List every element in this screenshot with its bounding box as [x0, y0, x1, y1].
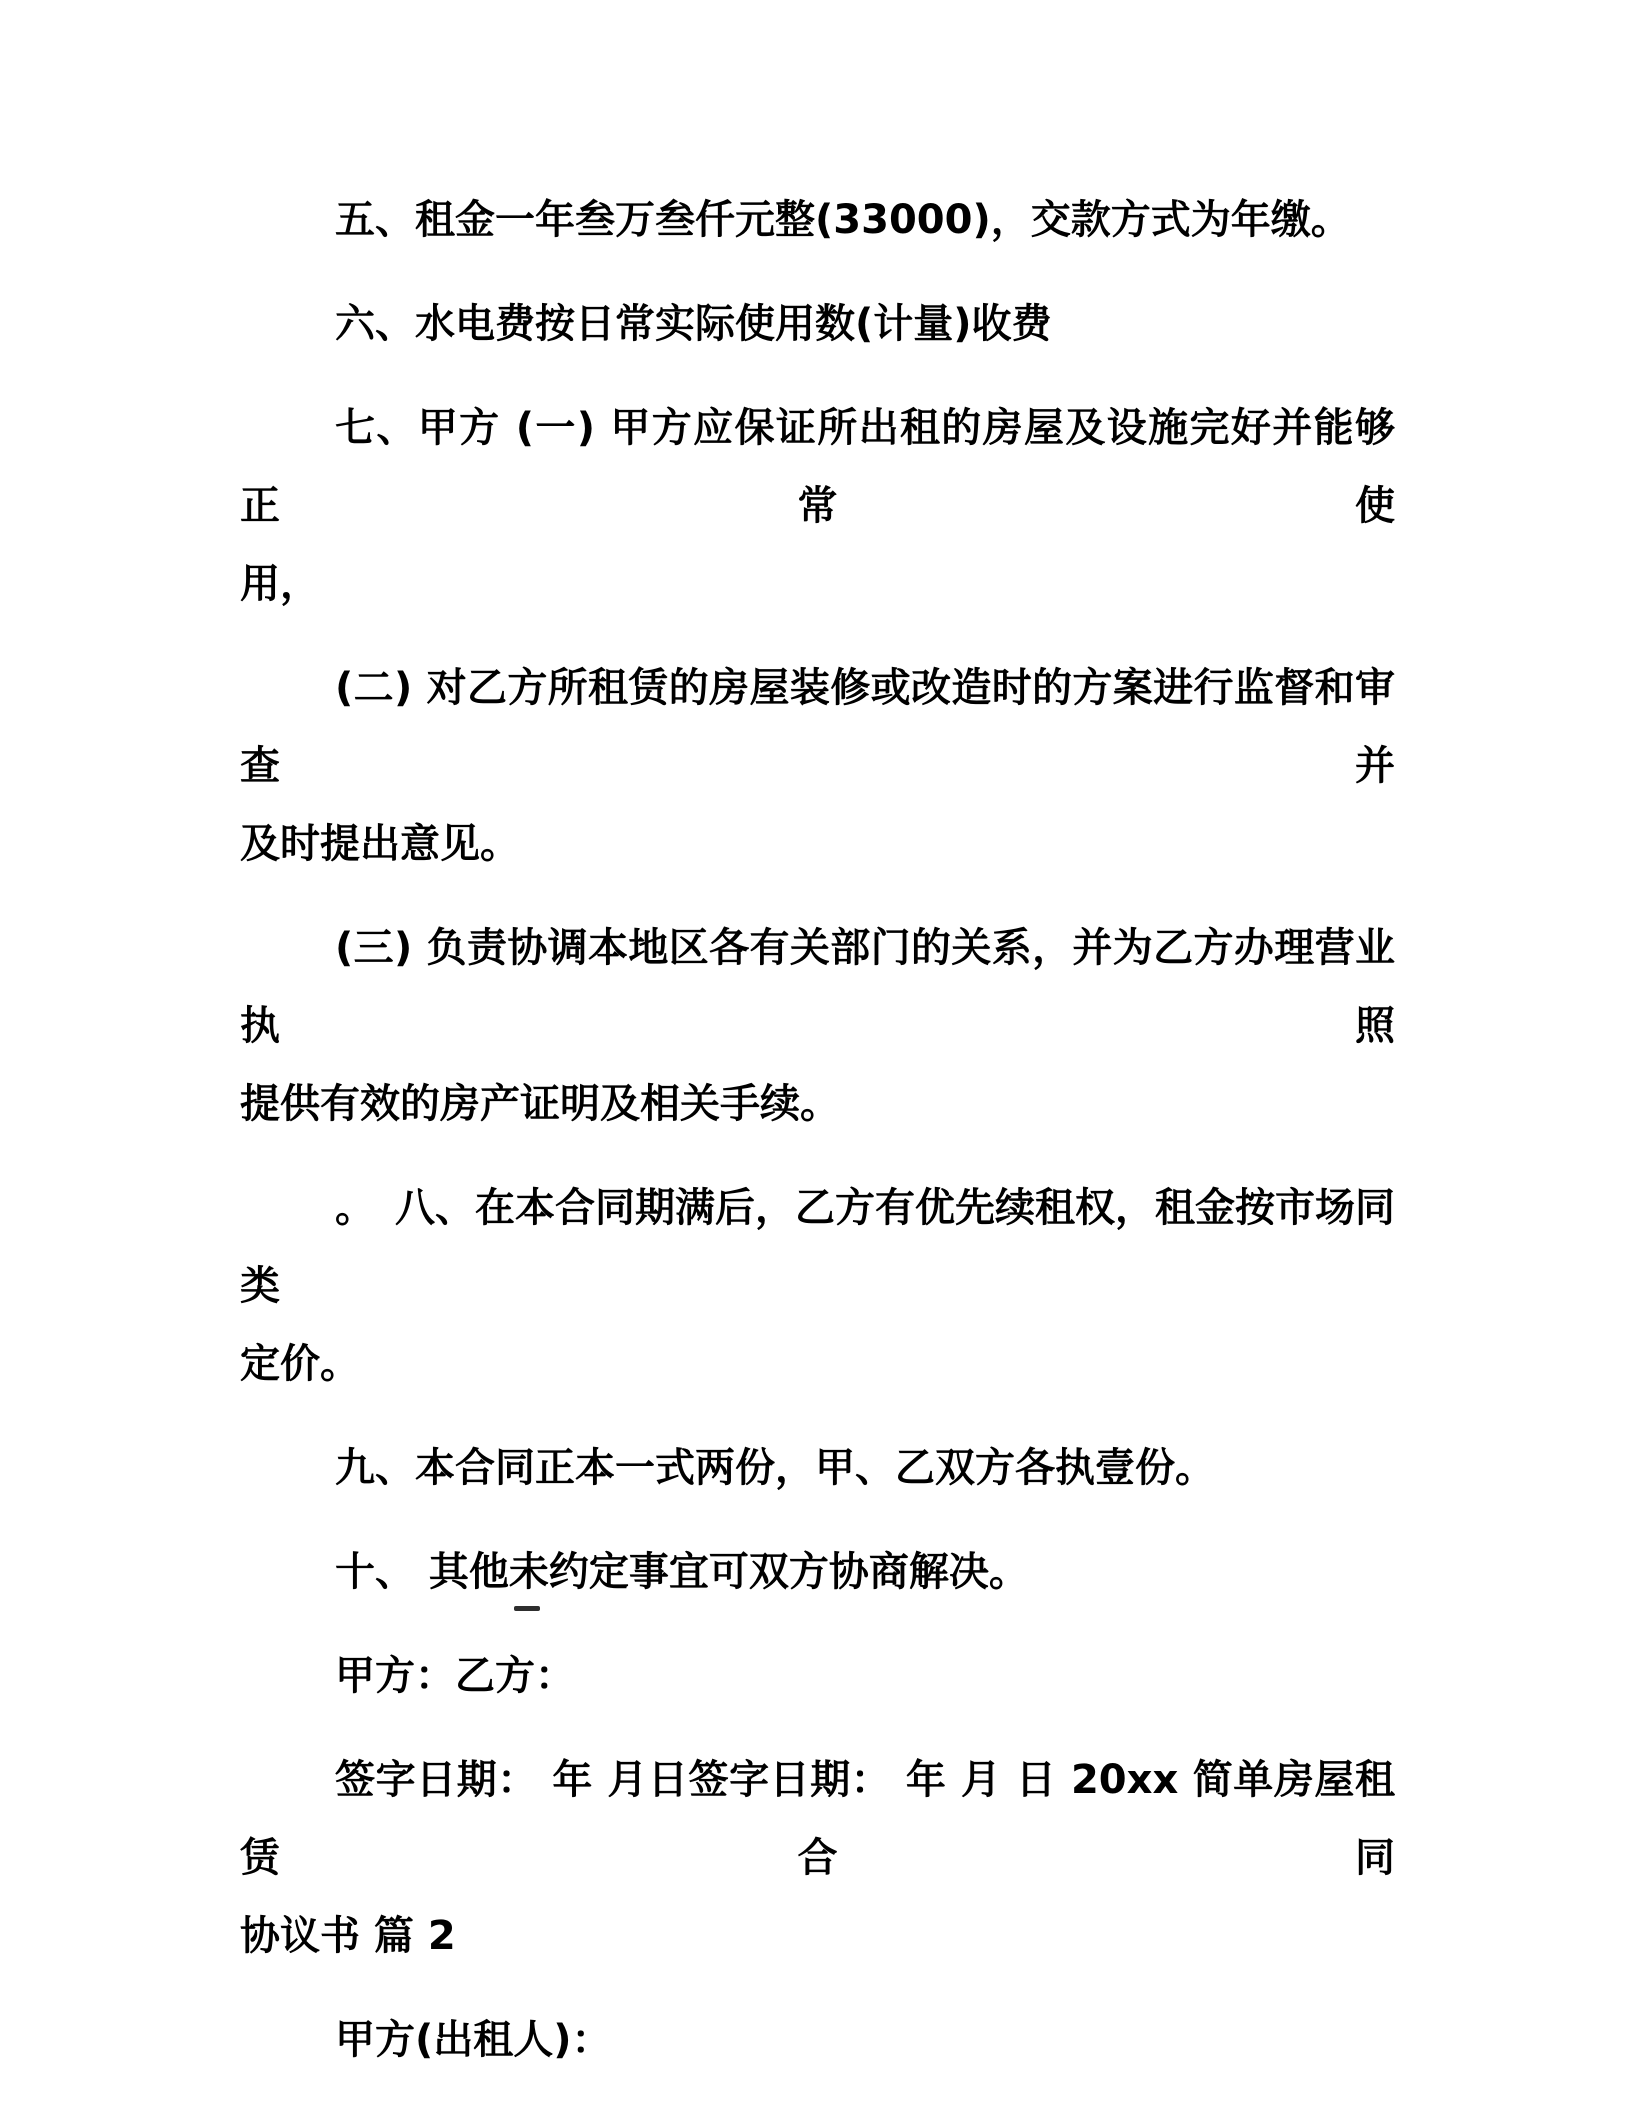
text-line: 六、水电费按日常实际使用数(计量)收费 [240, 285, 1395, 363]
text-line: 甲方(出租人)： [240, 2001, 1395, 2079]
text-line: 七、甲方 (一) 甲方应保证所出租的房屋及设施完好并能够正常使 [240, 389, 1395, 545]
text-line: 甲方：乙方： [240, 1637, 1395, 1715]
paragraph: 九、本合同正本一式两份，甲、乙双方各执壹份。 [240, 1429, 1395, 1507]
text-line: 十、 其他未约定事宜可双方协商解决。 [240, 1533, 1395, 1611]
paragraph: 签字日期： 年 月日签字日期： 年 月 日 20xx 简单房屋租赁合同协议书 篇… [240, 1741, 1395, 1975]
paragraph: 十、 其他未约定事宜可双方协商解决。 [240, 1533, 1395, 1611]
text-line: 九、本合同正本一式两份，甲、乙双方各执壹份。 [240, 1429, 1395, 1507]
paragraph: 。 八、在本合同期满后，乙方有优先续租权，租金按市场同类定价。 [240, 1169, 1395, 1403]
paragraph: 五、租金一年叁万叁仟元整(33000)，交款方式为年缴。 [240, 181, 1395, 259]
text-line: 协议书 篇 2 [240, 1897, 1395, 1975]
text-line: (二) 对乙方所租赁的房屋装修或改造时的方案进行监督和审查并 [240, 649, 1395, 805]
paragraph: (二) 对乙方所租赁的房屋装修或改造时的方案进行监督和审查并及时提出意见。 [240, 649, 1395, 883]
paragraph: 七、甲方 (一) 甲方应保证所出租的房屋及设施完好并能够正常使用， [240, 389, 1395, 623]
paragraph: 甲方：乙方： [240, 1637, 1395, 1715]
paragraph: (三) 负责协调本地区各有关部门的关系，并为乙方办理营业执照提供有效的房产证明及… [240, 909, 1395, 1143]
text-line: (三) 负责协调本地区各有关部门的关系，并为乙方办理营业执照 [240, 909, 1395, 1065]
text-line: 及时提出意见。 [240, 805, 1395, 883]
text-line: 用， [240, 545, 1395, 623]
document-page: 五、租金一年叁万叁仟元整(33000)，交款方式为年缴。六、水电费按日常实际使用… [0, 0, 1632, 2112]
text-line: 五、租金一年叁万叁仟元整(33000)，交款方式为年缴。 [240, 181, 1395, 259]
paragraph: 甲方(出租人)： [240, 2001, 1395, 2079]
text-line: 。 八、在本合同期满后，乙方有优先续租权，租金按市场同类 [240, 1169, 1395, 1325]
scan-artifact [514, 1606, 540, 1611]
text-line: 签字日期： 年 月日签字日期： 年 月 日 20xx 简单房屋租赁合同 [240, 1741, 1395, 1897]
paragraph: 六、水电费按日常实际使用数(计量)收费 [240, 285, 1395, 363]
text-line: 提供有效的房产证明及相关手续。 [240, 1065, 1395, 1143]
text-line: 定价。 [240, 1325, 1395, 1403]
